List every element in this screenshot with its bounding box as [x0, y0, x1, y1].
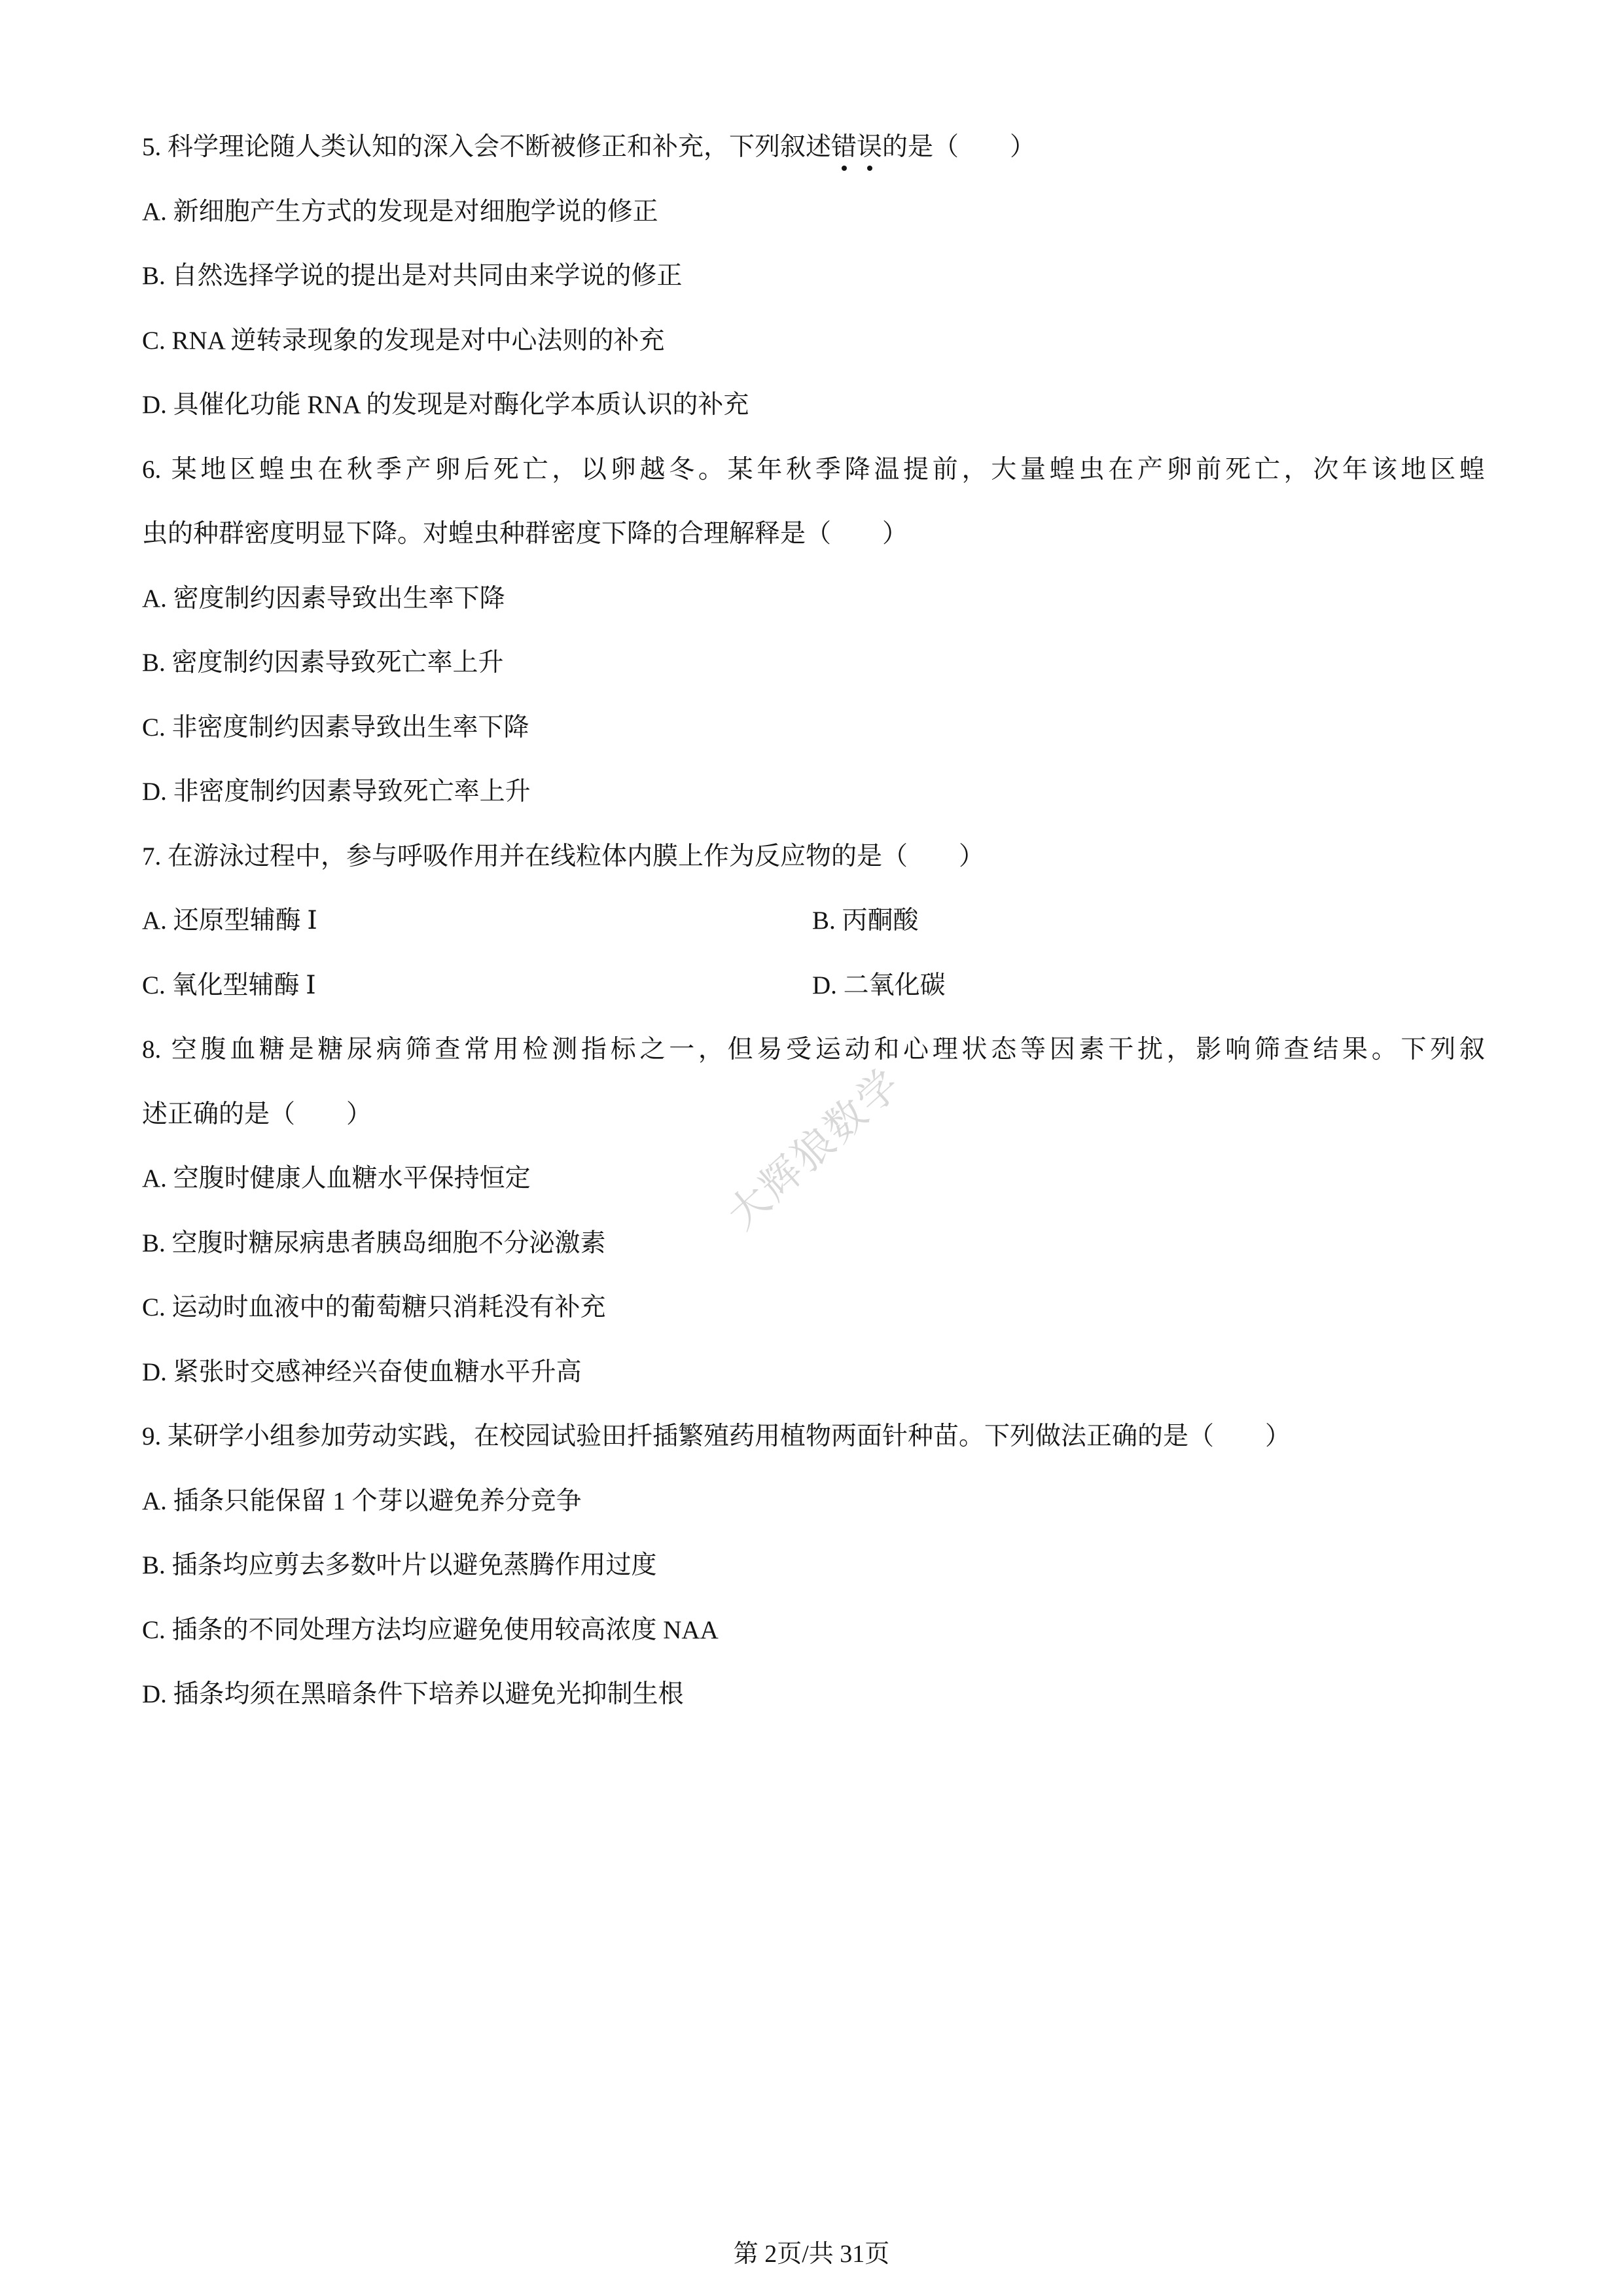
- option-line: D. 紧张时交感神经兴奋使血糖水平升高: [142, 1340, 1485, 1405]
- option-row-line: A. 还原型辅酶 ⅠB. 丙酮酸: [142, 889, 1485, 954]
- option-line: A. 密度制约因素导致出生率下降: [142, 567, 1485, 632]
- question-text: 的是（ ）: [882, 133, 1035, 161]
- wrapped-line: 述正确的是（ ）: [142, 1083, 1485, 1147]
- option-line: C. 非密度制约因素导致出生率下降: [142, 696, 1485, 761]
- question-line: 9. 某研学小组参加劳动实践，在校园试验田扦插繁殖药用植物两面针种苗。下列做法正…: [142, 1405, 1485, 1469]
- question-line: 5. 科学理论随人类认知的深入会不断被修正和补充，下列叙述错误的是（ ）: [142, 115, 1485, 180]
- question-line: 7. 在游泳过程中，参与呼吸作用并在线粒体内膜上作为反应物的是（ ）: [142, 825, 1485, 889]
- option-line: C. 运动时血液中的葡萄糖只消耗没有补充: [142, 1276, 1485, 1340]
- emphasized-char: 错: [831, 115, 857, 180]
- wrapped-line: 虫的种群密度明显下降。对蝗虫种群密度下降的合理解释是（ ）: [142, 502, 1485, 567]
- option-line: D. 非密度制约因素导致死亡率上升: [142, 760, 1485, 825]
- option-text: A. 还原型辅酶 Ⅰ: [142, 889, 812, 954]
- question-line: 8. 空腹血糖是糖尿病筛查常用检测指标之一，但易受运动和心理状态等因素干扰，影响…: [142, 1018, 1485, 1083]
- option-row-line: C. 氧化型辅酶 ⅠD. 二氧化碳: [142, 954, 1485, 1018]
- option-line: D. 具催化功能 RNA 的发现是对酶化学本质认识的补充: [142, 373, 1485, 438]
- question-line: 6. 某地区蝗虫在秋季产卵后死亡，以卵越冬。某年秋季降温提前，大量蝗虫在产卵前死…: [142, 438, 1485, 503]
- option-line: B. 自然选择学说的提出是对共同由来学说的修正: [142, 244, 1485, 309]
- option-line: A. 空腹时健康人血糖水平保持恒定: [142, 1147, 1485, 1211]
- option-text: D. 二氧化碳: [812, 971, 946, 999]
- exam-page: { "page": { "watermark": "大辉狼数学", "foote…: [0, 0, 1623, 2296]
- option-line: C. RNA 逆转录现象的发现是对中心法则的补充: [142, 309, 1485, 374]
- content: 5. 科学理论随人类认知的深入会不断被修正和补充，下列叙述错误的是（ ）A. 新…: [142, 115, 1485, 1727]
- option-line: C. 插条的不同处理方法均应避免使用较高浓度 NAA: [142, 1598, 1485, 1663]
- question-text: 5. 科学理论随人类认知的深入会不断被修正和补充，下列叙述: [142, 133, 831, 161]
- emphasized-char: 误: [857, 115, 882, 180]
- option-line: D. 插条均须在黑暗条件下培养以避免光抑制生根: [142, 1662, 1485, 1727]
- option-text: B. 丙酮酸: [812, 906, 919, 935]
- option-line: B. 空腹时糖尿病患者胰岛细胞不分泌激素: [142, 1211, 1485, 1276]
- option-text: C. 氧化型辅酶 Ⅰ: [142, 954, 812, 1018]
- emphasized-text: 错误: [831, 133, 882, 161]
- option-line: A. 插条只能保留 1 个芽以避免养分竞争: [142, 1469, 1485, 1534]
- option-line: A. 新细胞产生方式的发现是对细胞学说的修正: [142, 180, 1485, 245]
- page-footer: 第 2页/共 31页: [0, 2238, 1623, 2270]
- option-line: B. 密度制约因素导致死亡率上升: [142, 631, 1485, 696]
- option-line: B. 插条均应剪去多数叶片以避免蒸腾作用过度: [142, 1534, 1485, 1598]
